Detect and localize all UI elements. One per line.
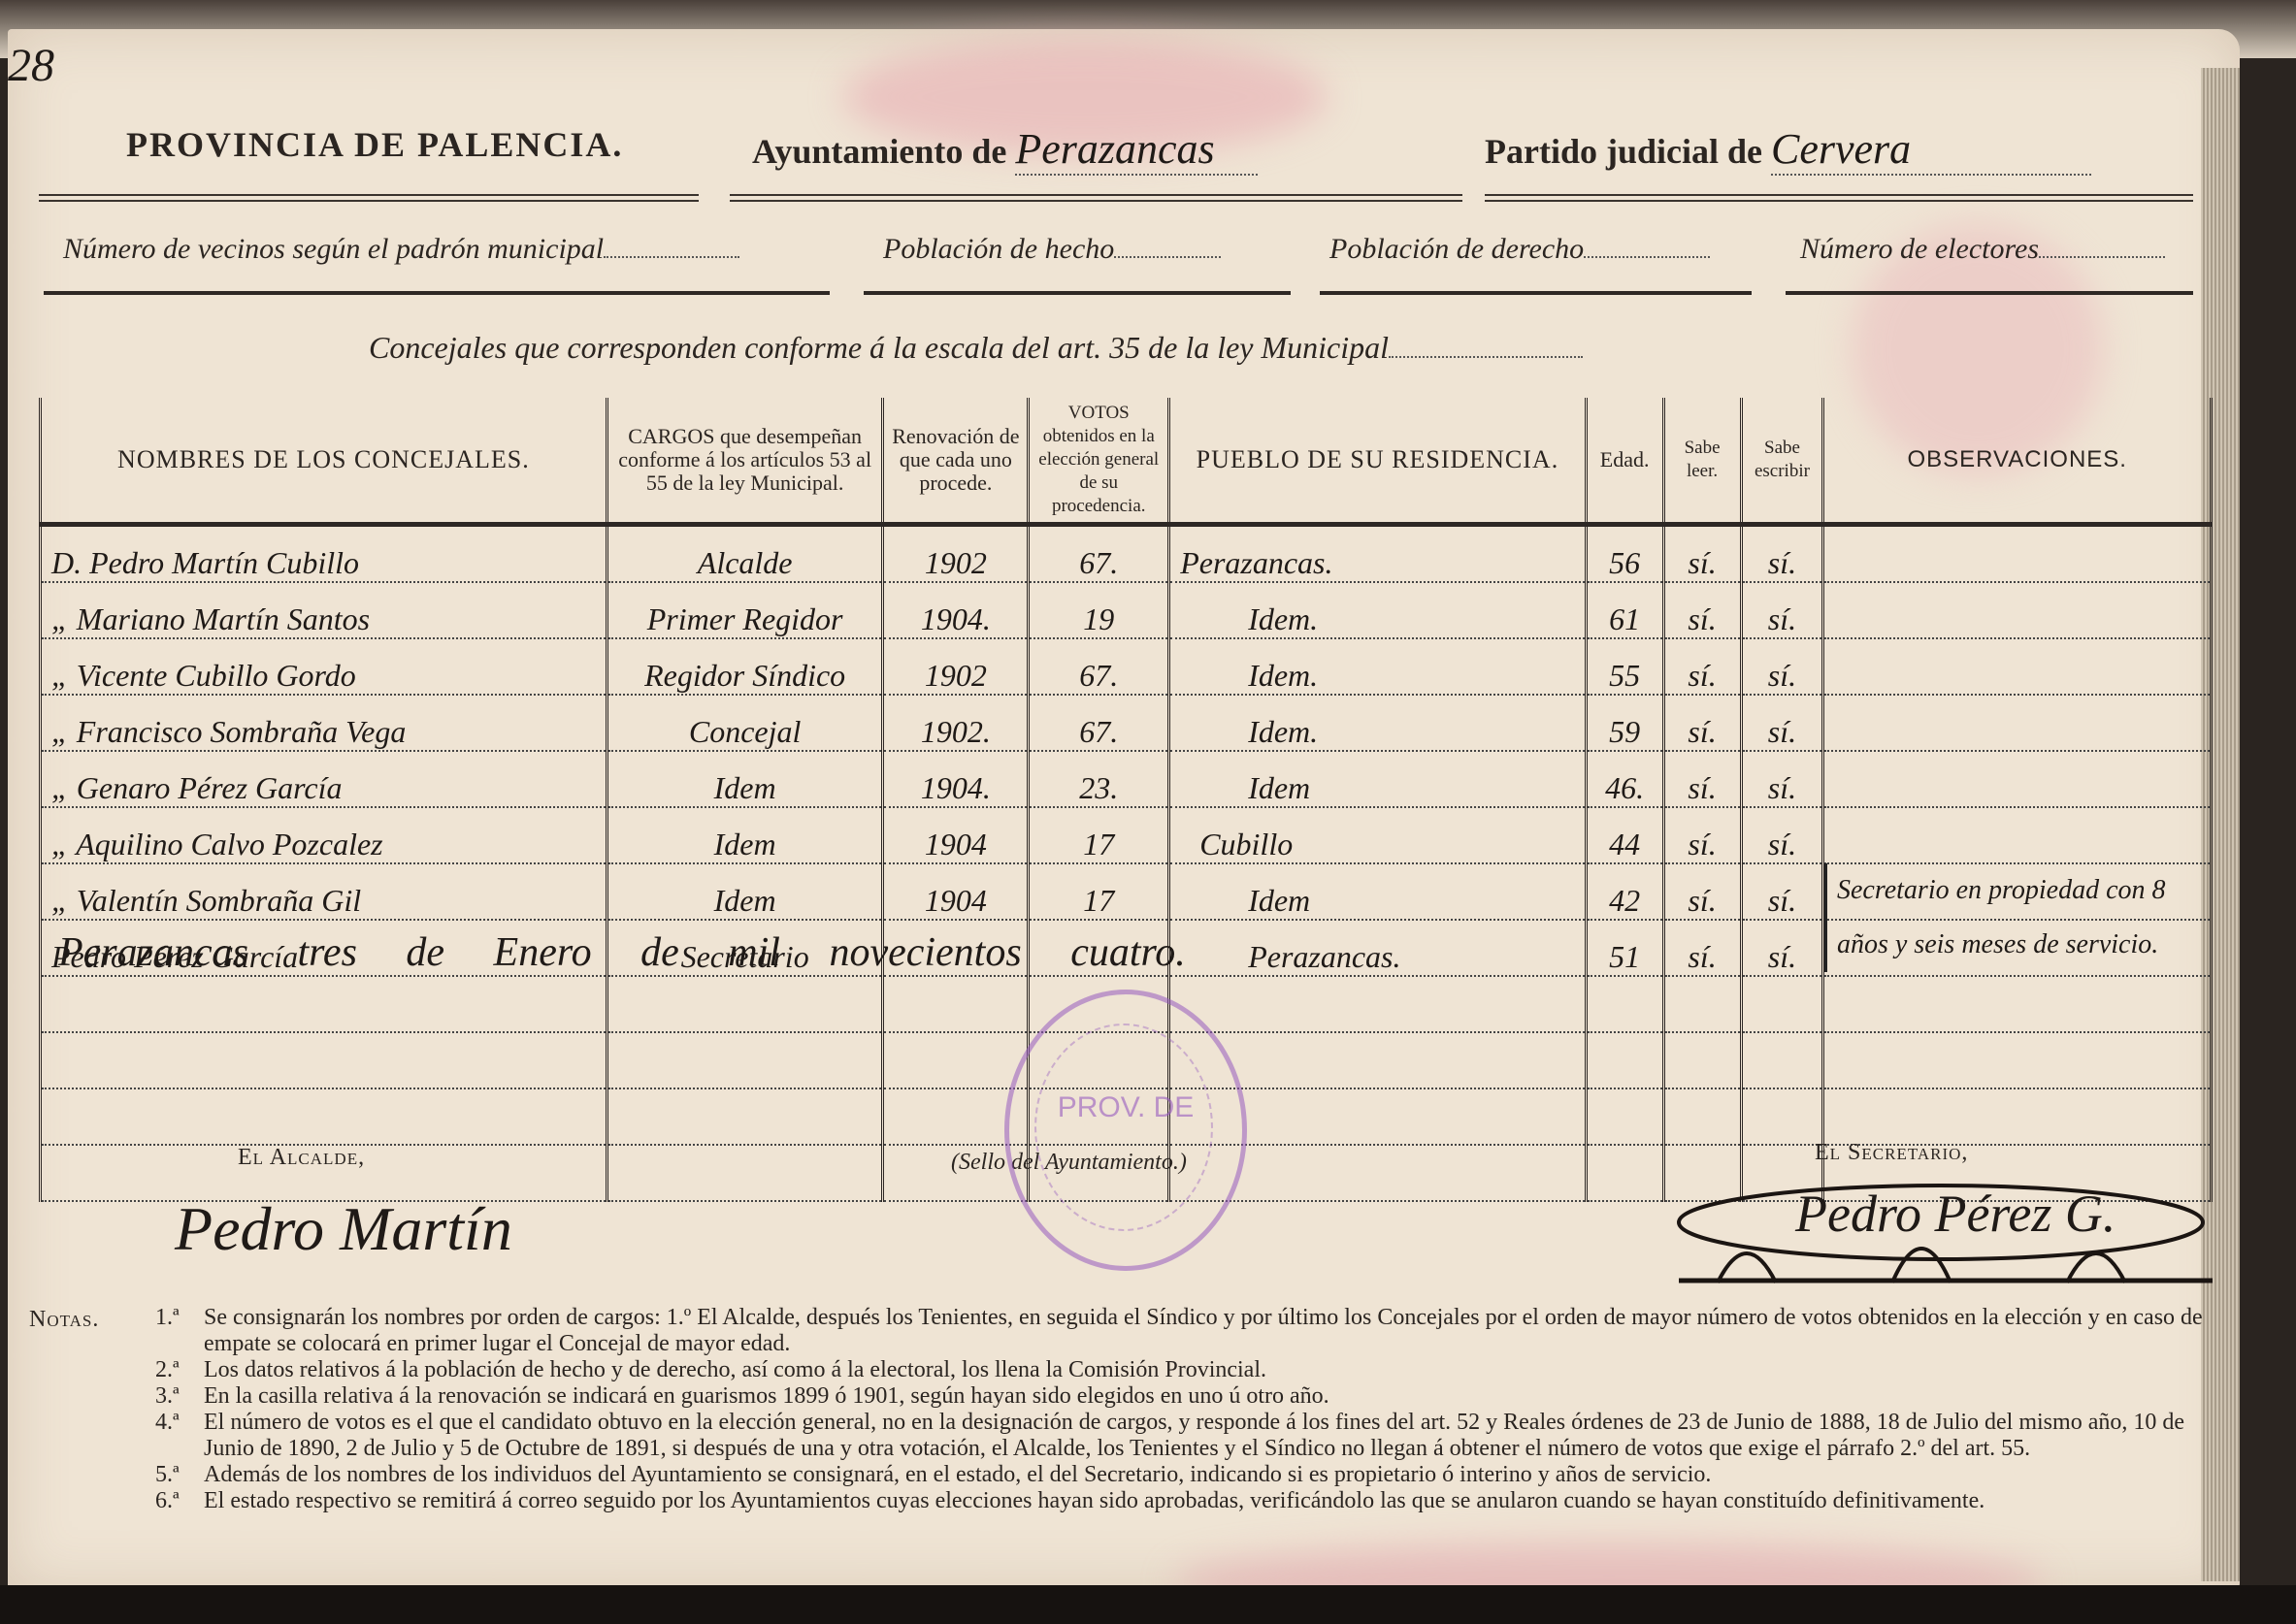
partido-value: Cervera: [1771, 124, 2091, 176]
cell-leer: sí.: [1663, 638, 1741, 695]
cell-pueblo: Cubillo: [1169, 807, 1586, 863]
vecinos-field: Número de vecinos según el padrón munici…: [63, 233, 739, 266]
cell-pueblo: Idem: [1169, 863, 1586, 920]
poblacion-hecho-field: Población de hecho: [883, 233, 1221, 266]
cell-pueblo: Idem.: [1169, 582, 1586, 638]
observacion-secretario: Secretario en propiedad con 8 años y sei…: [1824, 863, 2206, 972]
cell-nombre: „ Mariano Martín Santos: [41, 582, 607, 638]
table-row: „ Vicente Cubillo Gordo Regidor Síndico …: [41, 638, 2212, 695]
cell-cargo: Primer Regidor: [607, 582, 883, 638]
table-row: „ Francisco Sombraña Vega Concejal 1902.…: [41, 695, 2212, 751]
table-row: „ Aquilino Calvo Pozcalez Idem 1904 17 C…: [41, 807, 2212, 863]
cell-escribir: sí.: [1741, 638, 1823, 695]
cell-edad: 55: [1586, 638, 1663, 695]
cell-obs: [1823, 638, 2212, 695]
col-pueblo: PUEBLO DE SU RESIDENCIA.: [1169, 398, 1586, 525]
cell-edad: 56: [1586, 525, 1663, 583]
divider: [864, 291, 1291, 295]
cell-escribir: sí.: [1741, 920, 1823, 976]
electores-field: Número de electores: [1800, 233, 2165, 266]
note-item: 1.ªSe consignarán los nombres por orden …: [155, 1305, 2232, 1357]
table-header-row: NOMBRES DE LOS CONCEJALES. CARGOS que de…: [41, 398, 2212, 525]
cell-nombre: „ Aquilino Calvo Pozcalez: [41, 807, 607, 863]
divider: [730, 194, 1462, 202]
cell-pueblo: Perazancas.: [1169, 920, 1586, 976]
cell-leer: sí.: [1663, 807, 1741, 863]
cell-escribir: sí.: [1741, 582, 1823, 638]
cell-obs: [1823, 525, 2212, 583]
cell-cargo: Idem: [607, 751, 883, 807]
cell-edad: 59: [1586, 695, 1663, 751]
divider: [39, 194, 699, 202]
cell-edad: 42: [1586, 863, 1663, 920]
rubric-flourish: [1659, 1174, 2242, 1300]
col-nombres: NOMBRES DE LOS CONCEJALES.: [41, 398, 607, 525]
cell-renovacion: 1904.: [883, 751, 1029, 807]
col-votos: VOTOS obtenidos en la elección general d…: [1029, 398, 1169, 525]
cell-leer: sí.: [1663, 582, 1741, 638]
divider: [44, 291, 830, 295]
note-item: 4.ªEl número de votos es el que el candi…: [155, 1410, 2232, 1462]
cell-cargo: Idem: [607, 807, 883, 863]
ayuntamiento-value: Perazancas: [1015, 124, 1258, 176]
cell-obs: [1823, 582, 2212, 638]
cell-renovacion: 1904: [883, 863, 1029, 920]
divider: [1320, 291, 1752, 295]
note-item: 5.ªAdemás de los nombres de los individu…: [155, 1462, 2232, 1488]
ayuntamiento-label: Ayuntamiento de Perazancas: [752, 124, 1258, 176]
note-item: 6.ªEl estado respectivo se remitirá á co…: [155, 1488, 2232, 1514]
cell-leer: sí.: [1663, 920, 1741, 976]
table-row: „ Mariano Martín Santos Primer Regidor 1…: [41, 582, 2212, 638]
table-row: „ Genaro Pérez García Idem 1904. 23. Ide…: [41, 751, 2212, 807]
note-item: 3.ªEn la casilla relativa á la renovació…: [155, 1383, 2232, 1410]
table-row: D. Pedro Martín Cubillo Alcalde 1902 67.…: [41, 525, 2212, 583]
col-observaciones: OBSERVACIONES.: [1823, 398, 2212, 525]
cell-renovacion: 1904.: [883, 582, 1029, 638]
cell-cargo: Concejal: [607, 695, 883, 751]
notes-list: 1.ªSe consignarán los nombres por orden …: [29, 1305, 2232, 1514]
cell-cargo: Idem: [607, 863, 883, 920]
notes-section: Notas. 1.ªSe consignarán los nombres por…: [29, 1305, 2232, 1514]
col-renovacion: Renovación de que cada uno procede.: [883, 398, 1029, 525]
cell-edad: 44: [1586, 807, 1663, 863]
cell-obs: [1823, 751, 2212, 807]
col-edad: Edad.: [1586, 398, 1663, 525]
book-bottom-edge: [0, 1585, 2296, 1624]
concejales-scale-label: Concejales que corresponden conforme á l…: [369, 330, 1583, 366]
col-sabe-escribir: Sabe escribir: [1741, 398, 1823, 525]
cell-pueblo: Idem: [1169, 751, 1586, 807]
cell-votos: 67.: [1029, 695, 1169, 751]
cell-votos: 17: [1029, 863, 1169, 920]
cell-escribir: sí.: [1741, 695, 1823, 751]
alcalde-label: El Alcalde,: [238, 1145, 365, 1171]
cell-leer: sí.: [1663, 695, 1741, 751]
secretario-label: El Secretario,: [1815, 1140, 1968, 1166]
cell-pueblo: Perazancas.: [1169, 525, 1586, 583]
cell-leer: sí.: [1663, 863, 1741, 920]
cell-nombre: „ Francisco Sombraña Vega: [41, 695, 607, 751]
cell-cargo: Alcalde: [607, 525, 883, 583]
cell-nombre: D. Pedro Martín Cubillo: [41, 525, 607, 583]
col-sabe-leer: Sabe leer.: [1663, 398, 1741, 525]
cell-nombre: „ Genaro Pérez García: [41, 751, 607, 807]
cell-votos: 23.: [1029, 751, 1169, 807]
col-cargos: CARGOS que desempeñan conforme á los art…: [607, 398, 883, 525]
cell-escribir: sí.: [1741, 807, 1823, 863]
cell-votos: 67.: [1029, 525, 1169, 583]
cell-renovacion: 1902: [883, 525, 1029, 583]
cell-leer: sí.: [1663, 525, 1741, 583]
provincia-title: PROVINCIA DE PALENCIA.: [126, 124, 623, 165]
notes-label: Notas.: [29, 1307, 99, 1333]
cell-leer: sí.: [1663, 751, 1741, 807]
cell-renovacion: 1902: [883, 638, 1029, 695]
note-item: 2.ªLos datos relativos á la población de…: [155, 1357, 2232, 1383]
cell-votos: 67.: [1029, 638, 1169, 695]
cell-escribir: sí.: [1741, 863, 1823, 920]
cell-renovacion: 1904: [883, 807, 1029, 863]
seal-inner-ring: [1034, 1023, 1213, 1231]
cell-cargo: Regidor Síndico: [607, 638, 883, 695]
cell-obs: [1823, 695, 2212, 751]
cell-nombre: „ Valentín Sombraña Gil: [41, 863, 607, 920]
cell-escribir: sí.: [1741, 751, 1823, 807]
partido-label: Partido judicial de Cervera: [1485, 124, 2091, 176]
cell-votos: 19: [1029, 582, 1169, 638]
cell-votos: 17: [1029, 807, 1169, 863]
cell-pueblo: Idem.: [1169, 695, 1586, 751]
cell-nombre: „ Vicente Cubillo Gordo: [41, 638, 607, 695]
cell-renovacion: 1902.: [883, 695, 1029, 751]
cell-pueblo: Idem.: [1169, 638, 1586, 695]
cell-escribir: sí.: [1741, 525, 1823, 583]
cell-edad: 51: [1586, 920, 1663, 976]
alcalde-signature: Pedro Martín: [175, 1193, 512, 1265]
cell-edad: 61: [1586, 582, 1663, 638]
date-line: Perazancas tres de Enero de mil novecien…: [58, 929, 1186, 976]
folio-number: 28: [8, 39, 54, 92]
municipal-seal: PROV. DE: [1004, 990, 1247, 1271]
cell-edad: 46.: [1586, 751, 1663, 807]
divider: [1786, 291, 2193, 295]
poblacion-derecho-field: Población de derecho: [1329, 233, 1710, 266]
cell-obs: [1823, 807, 2212, 863]
divider: [1485, 194, 2193, 202]
